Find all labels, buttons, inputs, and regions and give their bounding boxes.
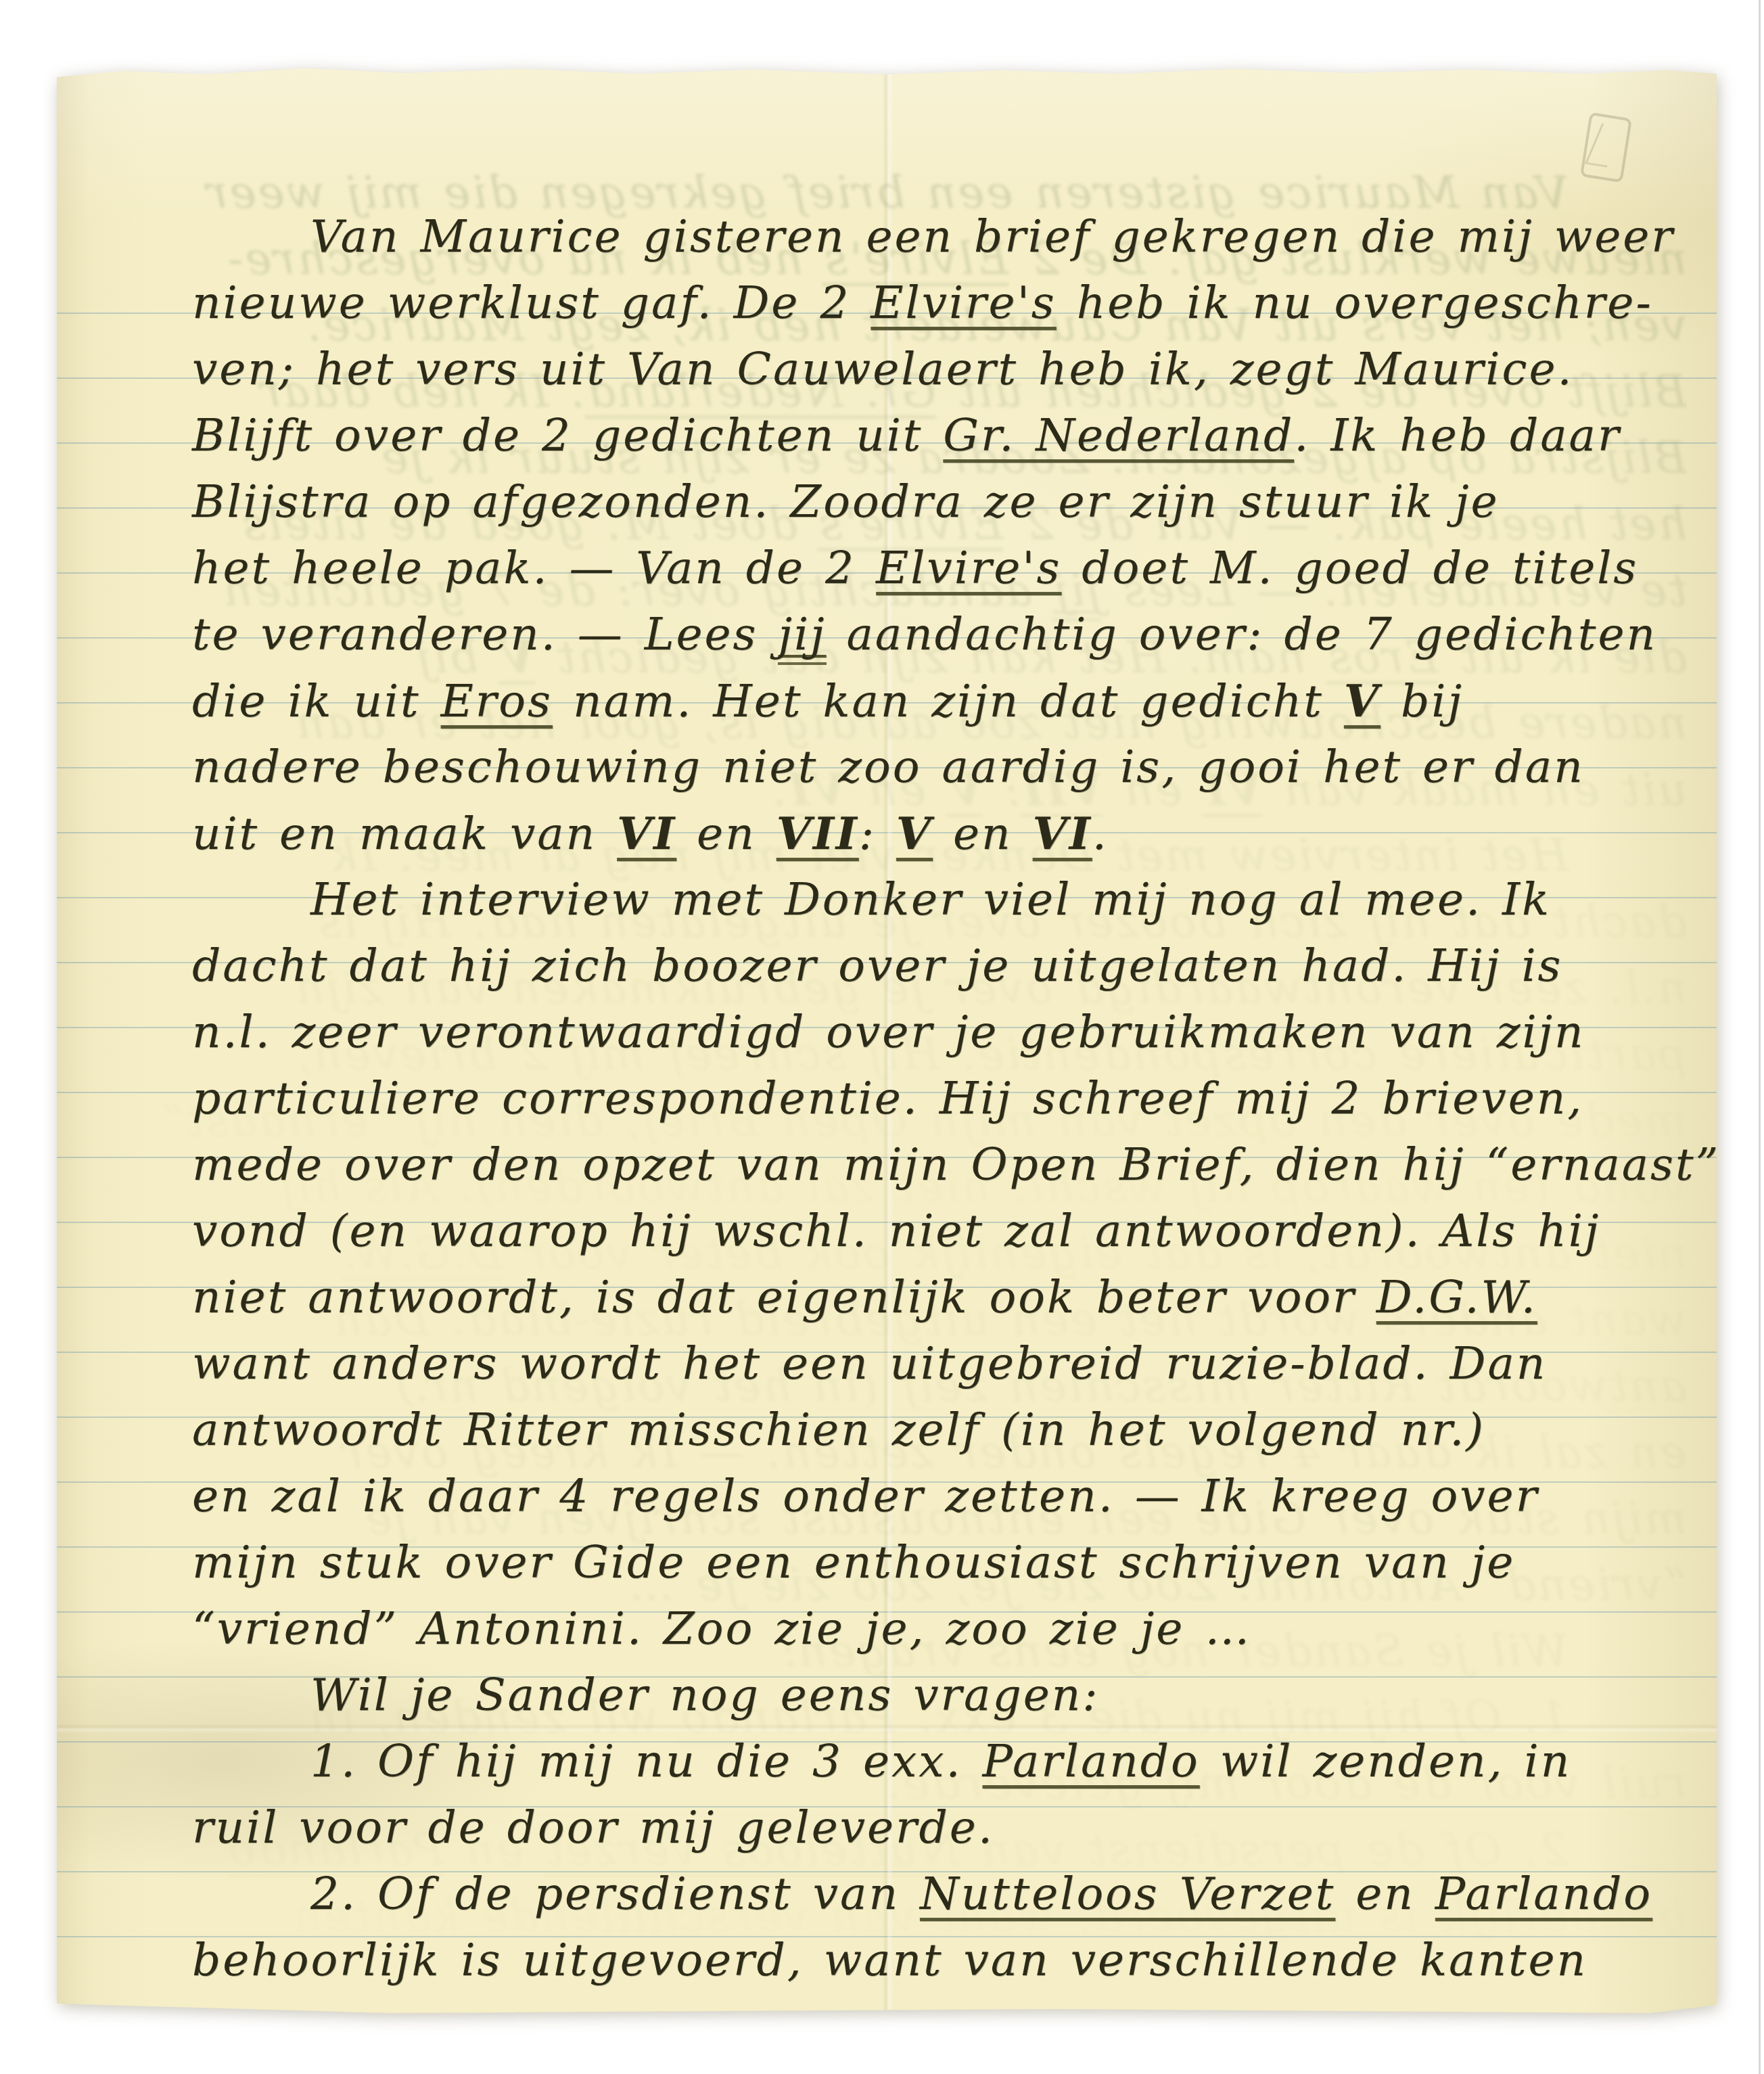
letter-line: Van Maurice gisteren een brief gekregen … <box>192 204 1717 270</box>
underlined-text-segment: VI <box>1033 807 1092 860</box>
text-segment: ruil voor de door mij geleverde. <box>192 1801 994 1853</box>
underlined-text-segment: Eros <box>441 675 553 727</box>
letter-line: nadere beschouwing niet zoo aardig is, g… <box>192 734 1717 800</box>
letter-line: mijn stuk over Gide een enthousiast schr… <box>192 1529 1717 1596</box>
letter-paper-wrap: Van Maurice gisteren een brief gekregen … <box>57 65 1717 2013</box>
letter-line: dacht dat hij zich boozer over je uitgel… <box>192 933 1717 999</box>
underlined-text-segment: Elvire's <box>871 277 1056 329</box>
underlined-text-segment: D.G.W. <box>1376 1271 1537 1323</box>
letter-line: en zal ik daar 4 regels onder zetten. — … <box>192 1463 1717 1529</box>
underlined-text-segment: VII <box>776 807 859 860</box>
text-segment: het heele pak. — Van de 2 <box>192 542 876 594</box>
text-segment: niet antwoordt, is dat eigenlijk ook bet… <box>192 1271 1376 1323</box>
letter-line: nieuwe werklust gaf. De 2 Elvire's heb i… <box>192 270 1717 336</box>
text-segment: heb ik nu overgeschre- <box>1057 277 1653 329</box>
text-segment: mijn stuk over Gide een enthousiast schr… <box>192 1536 1515 1588</box>
text-segment: antwoordt Ritter misschien zelf (in het … <box>192 1404 1485 1456</box>
text-segment: aandachtig over: de 7 gedichten <box>827 608 1657 660</box>
text-segment: doet M. goed de titels <box>1061 542 1638 594</box>
letter-line: 2. Of de persdienst van Nutteloos Verzet… <box>192 1861 1717 1927</box>
text-segment: : <box>859 808 896 860</box>
text-segment: behoorlijk is uitgevoerd, want van versc… <box>192 1934 1587 1986</box>
scanner-edge-line <box>1759 0 1761 2074</box>
text-segment: vond (en waarop hij wschl. niet zal antw… <box>192 1205 1600 1257</box>
text-segment: nadere beschouwing niet zoo aardig is, g… <box>192 741 1585 793</box>
letter-line: Wil je Sander nog eens vragen: <box>192 1662 1717 1728</box>
text-segment: n.l. zeer verontwaardigd over je gebruik… <box>192 1006 1585 1058</box>
letter-line: mede over den opzet van mijn Open Brief,… <box>192 1132 1717 1198</box>
underlined-text-segment: VI <box>617 807 676 860</box>
text-segment: mede over den opzet van mijn Open Brief,… <box>192 1138 1717 1191</box>
letter-line: behoorlijk is uitgevoerd, want van versc… <box>192 1927 1717 1994</box>
underlined-text-segment: Parlando <box>1435 1868 1652 1920</box>
text-segment: en <box>933 808 1033 860</box>
text-segment: bij <box>1380 675 1464 727</box>
underlined-text-segment: V <box>1344 674 1380 727</box>
text-segment: . <box>1092 808 1109 860</box>
underlined-text-segment: Gr. Nederland <box>943 409 1294 461</box>
text-segment: “vriend” Antonini. Zoo zie je, zoo zie j… <box>192 1603 1251 1655</box>
letter-line: niet antwoordt, is dat eigenlijk ook bet… <box>192 1264 1717 1331</box>
letter-paper: Van Maurice gisteren een brief gekregen … <box>57 65 1717 2013</box>
text-segment: die ik uit <box>192 675 441 727</box>
letter-line: die ik uit Eros nam. Het kan zijn dat ge… <box>192 668 1717 734</box>
text-segment: . Ik heb daar <box>1294 409 1621 461</box>
text-segment: dacht dat hij zich boozer over je uitgel… <box>192 940 1562 992</box>
letter-line: antwoordt Ritter misschien zelf (in het … <box>192 1397 1717 1463</box>
letter-line: ven; het vers uit Van Cauwelaert heb ik,… <box>192 336 1717 402</box>
text-segment: en <box>1335 1868 1435 1920</box>
letter-line: particuliere correspondentie. Hij schree… <box>192 1065 1717 1132</box>
underlined-text-segment: V <box>896 807 933 860</box>
letter-line: Het interview met Donker viel mij nog al… <box>192 867 1717 933</box>
pencil-mark <box>1580 112 1632 183</box>
underlined-text-segment: jij <box>778 608 826 665</box>
text-segment: uit en maak van <box>192 808 617 860</box>
letter-line: 1. Of hij mij nu die 3 exx. Parlando wil… <box>192 1728 1717 1795</box>
text-segment: Van Maurice gisteren een brief gekregen … <box>310 210 1675 262</box>
text-segment: Blijstra op afgezonden. Zoodra ze er zij… <box>192 476 1500 528</box>
letter-line: ruil voor de door mij geleverde. <box>192 1795 1717 1861</box>
text-segment: te veranderen. — Lees <box>192 608 778 660</box>
text-segment: Het interview met Donker viel mij nog al… <box>310 873 1551 925</box>
text-segment: Wil je Sander nog eens vragen: <box>310 1669 1099 1721</box>
letter-line: “vriend” Antonini. Zoo zie je, zoo zie j… <box>192 1596 1717 1662</box>
text-segment: want anders wordt het een uitgebreid ruz… <box>192 1337 1547 1389</box>
text-segment: wil zenden, in <box>1200 1735 1571 1787</box>
letter-line: het heele pak. — Van de 2 Elvire's doet … <box>192 535 1717 601</box>
letter-line: vond (en waarop hij wschl. niet zal antw… <box>192 1198 1717 1264</box>
text-segment: 2. Of de persdienst van <box>310 1868 920 1920</box>
text-segment: ven; het vers uit Van Cauwelaert heb ik,… <box>192 343 1573 395</box>
text-segment: 1. Of hij mij nu die 3 exx. <box>310 1735 982 1787</box>
underlined-text-segment: Elvire's <box>876 542 1061 594</box>
letter-line: n.l. zeer verontwaardigd over je gebruik… <box>192 999 1717 1065</box>
letter-line: Blijft over de 2 gedichten uit Gr. Neder… <box>192 402 1717 469</box>
letter-line: want anders wordt het een uitgebreid ruz… <box>192 1331 1717 1397</box>
text-segment: nieuwe werklust gaf. De 2 <box>192 277 871 329</box>
underlined-text-segment: Parlando <box>982 1735 1199 1787</box>
letter-lines: Van Maurice gisteren een brief gekregen … <box>192 204 1717 1994</box>
text-segment: Blijft over de 2 gedichten uit <box>192 409 943 461</box>
underlined-text-segment: Nutteloos Verzet <box>920 1868 1335 1920</box>
text-segment: particuliere correspondentie. Hij schree… <box>192 1072 1583 1124</box>
text-segment: en <box>676 808 776 860</box>
letter-line: uit en maak van VI en VII: V en VI. <box>192 800 1717 867</box>
letter-line: te veranderen. — Lees jij aandachtig ove… <box>192 601 1717 668</box>
text-segment: en zal ik daar 4 regels onder zetten. — … <box>192 1470 1539 1522</box>
scan-background: Van Maurice gisteren een brief gekregen … <box>0 0 1764 2074</box>
text-segment: nam. Het kan zijn dat gedicht <box>553 675 1344 727</box>
letter-line: Blijstra op afgezonden. Zoodra ze er zij… <box>192 469 1717 535</box>
